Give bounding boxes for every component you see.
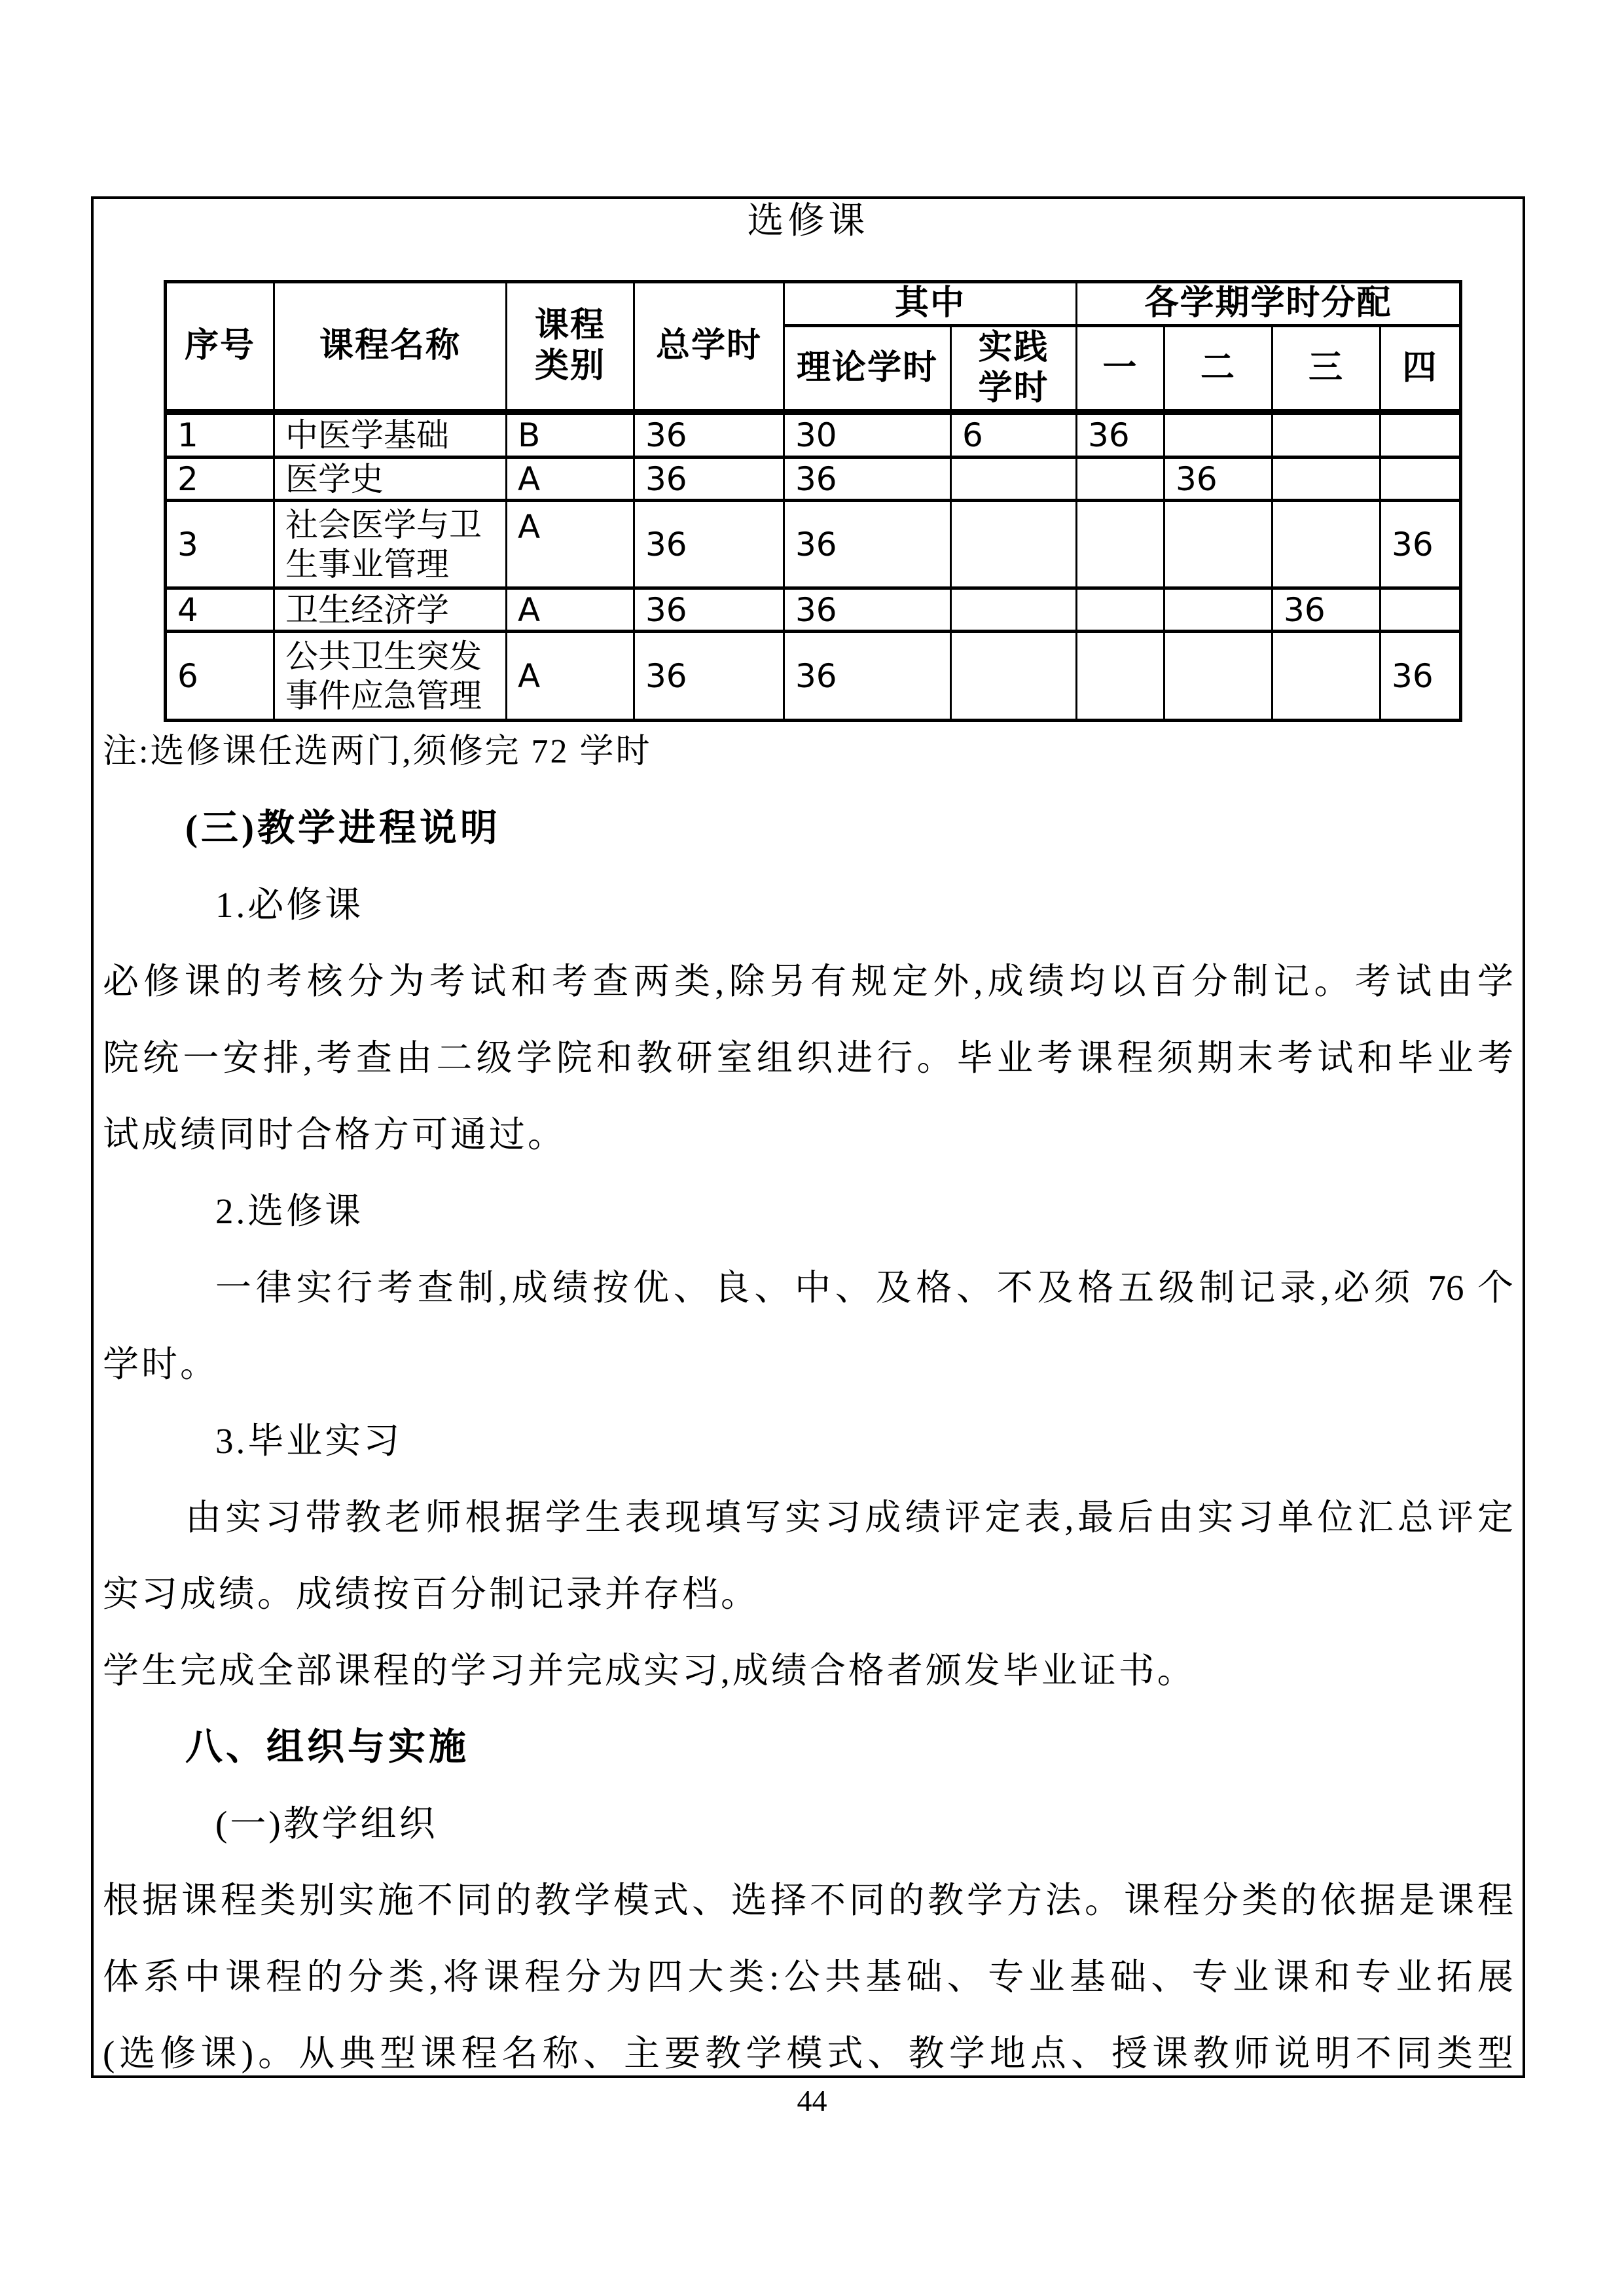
header-cell-total-hours: 总学时	[634, 282, 784, 412]
table-cell	[951, 588, 1077, 632]
note-line: 注:选修课任选两门,须修完 72 学时	[103, 713, 1513, 790]
header-cell-semester-2: 二	[1164, 326, 1272, 412]
table-cell	[1380, 457, 1461, 501]
table-cell: 36	[634, 588, 784, 632]
table-cell	[1164, 412, 1272, 457]
table-cell	[951, 501, 1077, 588]
header-cell-course-name: 课程名称	[274, 282, 507, 412]
table-body: 1中医学基础B36306362医学史A3636363社会医学与卫生事业管理A36…	[166, 412, 1461, 721]
table-cell: 36	[1380, 501, 1461, 588]
table-cell	[1077, 457, 1164, 501]
table-row: 4卫生经济学A363636	[166, 588, 1461, 632]
header-cell-semester-allocation: 各学期学时分配	[1077, 282, 1461, 326]
table-cell	[1164, 501, 1272, 588]
table-row: 3社会医学与卫生事业管理A363636	[166, 501, 1461, 588]
section-heading: (三)教学进程说明	[103, 790, 1513, 867]
table-cell: A	[507, 588, 634, 632]
document-page: { "page": { "table_title": "选修课", "page_…	[0, 0, 1624, 2296]
header-practice-line2: 学时	[952, 368, 1075, 409]
table-cell	[951, 457, 1077, 501]
table-cell	[1380, 412, 1461, 457]
table-cell	[1272, 632, 1380, 721]
table-title: 选修课	[94, 200, 1523, 242]
header-cell-among: 其中	[784, 282, 1077, 326]
body-text: 注:选修课任选两门,须修完 72 学时(三)教学进程说明1.必修课必修课的考核分…	[103, 713, 1513, 2078]
table-cell	[1380, 588, 1461, 632]
table-row: 2医学史A363636	[166, 457, 1461, 501]
table-cell: 36	[1380, 632, 1461, 721]
table-cell	[1272, 412, 1380, 457]
table-header-row-1: 序号 课程名称 课程 类别 总学时 其中 各学期学时分配	[166, 282, 1461, 326]
table-cell	[1077, 632, 1164, 721]
header-cell-semester-4: 四	[1380, 326, 1461, 412]
table-cell: 1	[166, 412, 274, 457]
table-cell: 公共卫生突发事件应急管理	[274, 632, 507, 721]
table-cell	[1077, 501, 1164, 588]
table-cell: B	[507, 412, 634, 457]
header-cell-semester-1: 一	[1077, 326, 1164, 412]
paragraph-line: 一律实行考查制,成绩按优、良、中、及格、不及格五级制记录,必须 76 个	[103, 1249, 1513, 1326]
table-cell: 36	[634, 412, 784, 457]
table-cell	[1272, 457, 1380, 501]
header-cell-practice-hours: 实践 学时	[951, 326, 1077, 412]
table-cell: 社会医学与卫生事业管理	[274, 501, 507, 588]
page-number: 44	[0, 2078, 1624, 2124]
paragraph-line: 体系中课程的分类,将课程分为四大类:公共基础、专业基础、专业课和专业拓展	[103, 1939, 1513, 2015]
table-cell: 36	[784, 457, 951, 501]
header-cell-seq: 序号	[166, 282, 274, 412]
table-cell: A	[507, 457, 634, 501]
paragraph-line: 由实习带教老师根据学生表现填写实习成绩评定表,最后由实习单位汇总评定	[103, 1479, 1513, 1556]
table-cell: 36	[1077, 412, 1164, 457]
table-cell: 36	[784, 588, 951, 632]
content-border-box: 选修课 序号 课程名称 课程 类别 总学时 其中 各学期学时分配 理论学时	[91, 196, 1525, 2078]
section-heading: 八、组织与实施	[103, 1709, 1513, 1785]
table-cell: 36	[784, 501, 951, 588]
paragraph-line: 必修课的考核分为考试和考查两类,除另有规定外,成绩均以百分制记。考试由学	[103, 943, 1513, 1020]
list-item-line: (一)教学组织	[103, 1785, 1513, 1862]
table-cell: 36	[634, 457, 784, 501]
paragraph-line: 学生完成全部课程的学习并完成实习,成绩合格者颁发毕业证书。	[103, 1632, 1513, 1709]
table-cell: 6	[951, 412, 1077, 457]
table-cell: 36	[634, 501, 784, 588]
table-cell: A	[507, 501, 634, 588]
paragraph-line: 根据课程类别实施不同的教学模式、选择不同的教学方法。课程分类的依据是课程	[103, 1862, 1513, 1939]
table-cell: 卫生经济学	[274, 588, 507, 632]
table-cell	[1164, 632, 1272, 721]
table-cell	[1077, 588, 1164, 632]
header-course-type-line2: 类别	[507, 346, 633, 387]
table-cell: 医学史	[274, 457, 507, 501]
table-row: 6公共卫生突发事件应急管理A363636	[166, 632, 1461, 721]
table-cell	[1164, 588, 1272, 632]
paragraph-line: 实习成绩。成绩按百分制记录并存档。	[103, 1556, 1513, 1632]
paragraph-line: 试成绩同时合格方可通过。	[103, 1096, 1513, 1173]
list-item-line: 2.选修课	[103, 1173, 1513, 1249]
table-cell: 36	[784, 632, 951, 721]
table-cell: 3	[166, 501, 274, 588]
paragraph-line: 院统一安排,考查由二级学院和教研室组织进行。毕业考课程须期末考试和毕业考	[103, 1020, 1513, 1096]
header-cell-course-type: 课程 类别	[507, 282, 634, 412]
table-cell	[951, 632, 1077, 721]
table-cell: A	[507, 632, 634, 721]
table-cell: 36	[634, 632, 784, 721]
list-item-line: 1.必修课	[103, 867, 1513, 943]
list-item-line: 3.毕业实习	[103, 1403, 1513, 1479]
header-cell-semester-3: 三	[1272, 326, 1380, 412]
table-cell	[1272, 501, 1380, 588]
header-cell-theory-hours: 理论学时	[784, 326, 951, 412]
table-cell: 6	[166, 632, 274, 721]
header-course-type-line1: 课程	[507, 306, 633, 346]
table-cell: 36	[1164, 457, 1272, 501]
table-header: 序号 课程名称 课程 类别 总学时 其中 各学期学时分配 理论学时 实践 学时 …	[166, 282, 1461, 412]
table-cell: 2	[166, 457, 274, 501]
table-cell: 中医学基础	[274, 412, 507, 457]
elective-course-table: 序号 课程名称 课程 类别 总学时 其中 各学期学时分配 理论学时 实践 学时 …	[164, 280, 1462, 722]
table-cell: 4	[166, 588, 274, 632]
table-cell: 30	[784, 412, 951, 457]
table-cell: 36	[1272, 588, 1380, 632]
header-practice-line1: 实践	[952, 328, 1075, 368]
table-row: 1中医学基础B3630636	[166, 412, 1461, 457]
paragraph-line: (选修课)。从典型课程名称、主要教学模式、教学地点、授课教师说明不同类型	[103, 2015, 1513, 2078]
paragraph-line: 学时。	[103, 1326, 1513, 1403]
